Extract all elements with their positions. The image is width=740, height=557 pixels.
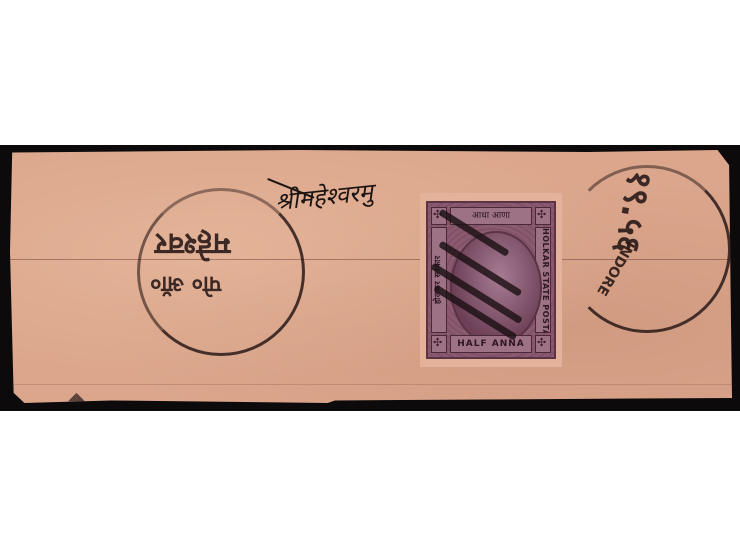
corner-ornament-icon <box>431 335 447 353</box>
left-postmark-office: पो० ऑ० <box>150 270 221 300</box>
corner-ornament-icon <box>535 335 551 353</box>
stamp-value-label: HALF ANNA <box>450 335 532 353</box>
partial-ink-mark: ◢◣ <box>68 390 85 403</box>
corner-ornament-icon <box>535 207 551 225</box>
paper-edge-line <box>12 384 732 385</box>
left-postmark-place: महेश्वर <box>155 225 231 266</box>
